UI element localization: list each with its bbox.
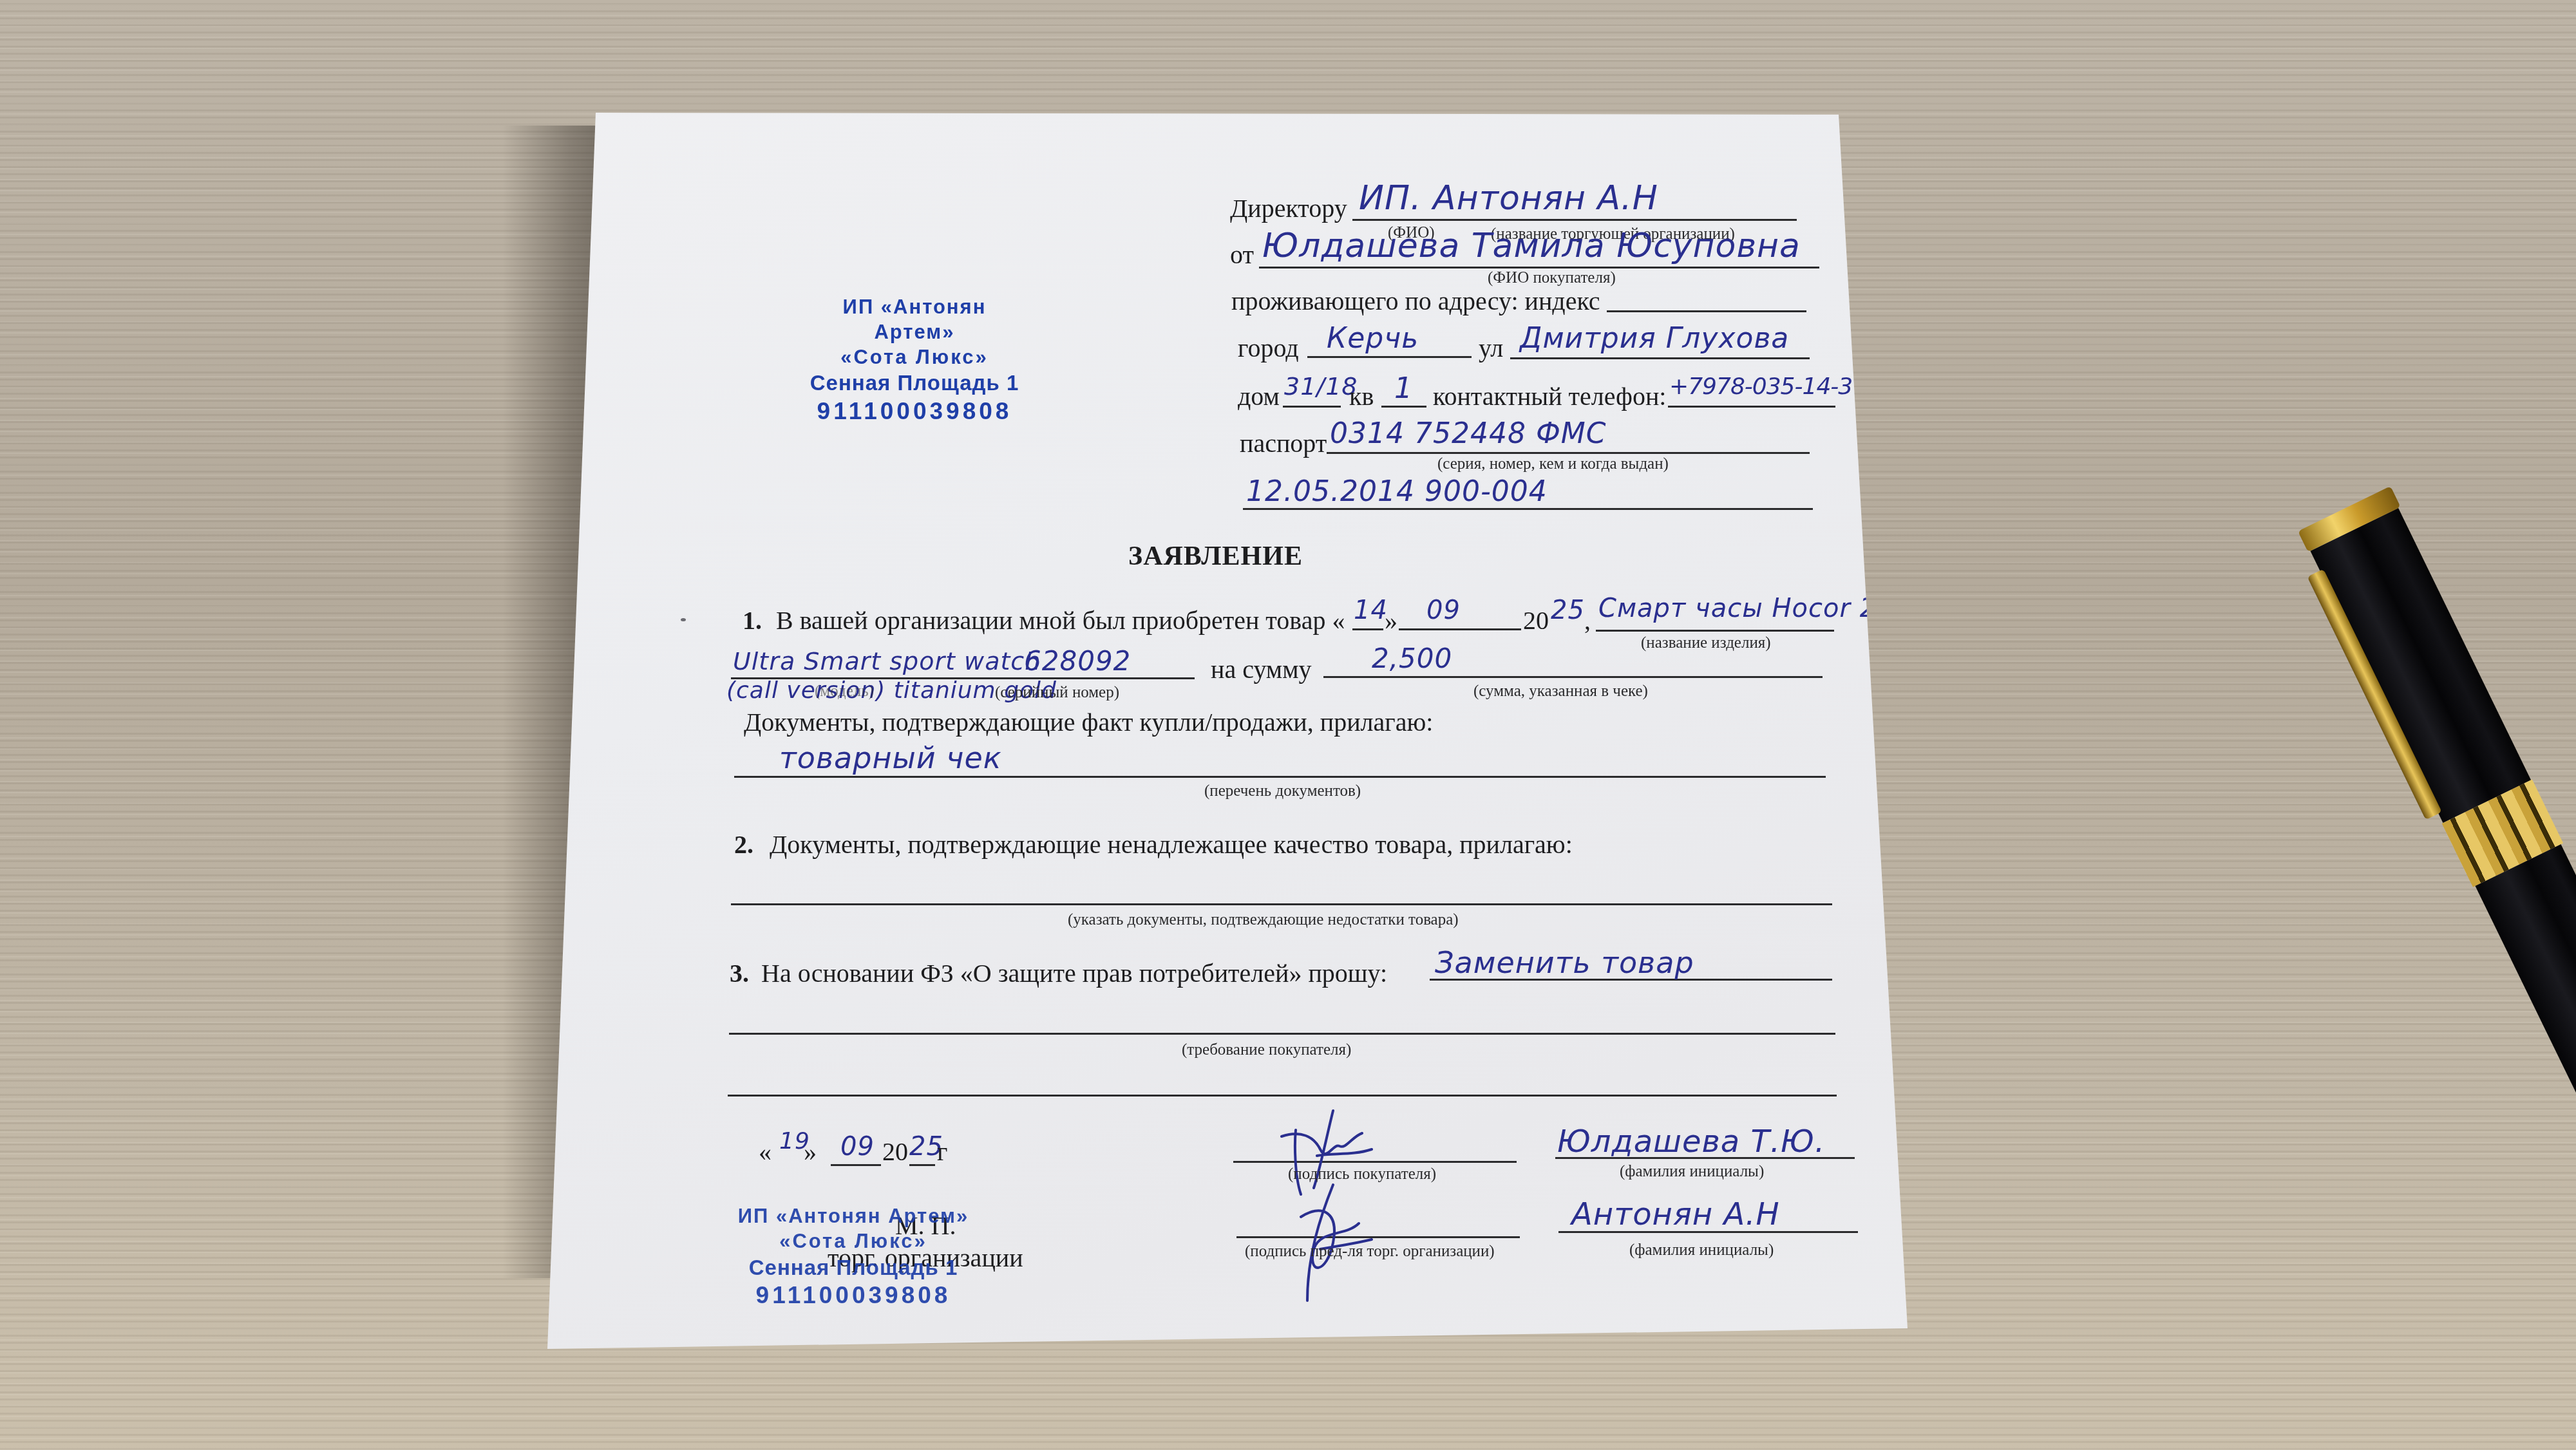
phone-line	[1668, 406, 1835, 408]
item3-line-3	[728, 1095, 1837, 1097]
stamp-line-2: «Сота Люкс»	[808, 345, 1021, 370]
from-caption: (ФИО покупателя)	[1488, 269, 1616, 287]
phone-label: контактный телефон:	[1433, 381, 1666, 411]
street-value: Дмитрия Глухова	[1520, 322, 1789, 355]
date-close: »	[804, 1136, 817, 1167]
date-month-line	[831, 1164, 881, 1166]
item1-mid: »	[1385, 605, 1397, 636]
docs-label: Документы, подтверждающие факт купли/про…	[744, 707, 1433, 737]
date-month: 09	[840, 1132, 875, 1162]
sum-line	[1323, 676, 1823, 678]
item2-number: 2.	[734, 829, 753, 860]
stamp-bottom-line-2: «Сота Люкс»	[731, 1229, 976, 1254]
passport-line-2	[1243, 508, 1813, 510]
item3-value: Заменить товар	[1435, 945, 1694, 980]
passport-value: 0314 752448 ФМС	[1330, 417, 1606, 450]
product-line	[1596, 630, 1834, 632]
item1-text: В вашей организации мной был приобретен …	[776, 605, 1345, 636]
from-label: от	[1230, 240, 1254, 270]
seller-name-value: Антонян А.Н	[1571, 1196, 1780, 1232]
item3-line-2	[729, 1033, 1835, 1035]
apt-value: 1	[1394, 372, 1413, 405]
from-value: Юлдашева Тамила Юсуповна	[1262, 227, 1801, 265]
item2-text: Документы, подтверждающие ненадлежащее к…	[770, 829, 1573, 860]
address-label: проживающего по адресу: индекс	[1231, 286, 1600, 316]
date-year-prefix: 20	[882, 1136, 908, 1167]
apt-label: кв	[1349, 381, 1374, 411]
date-open: «	[759, 1136, 772, 1167]
model-caption: (модель)	[815, 683, 874, 701]
director-value: ИП. Антонян А.Н	[1359, 179, 1658, 218]
pen-barrel	[2476, 844, 2576, 1407]
document-title: ЗАЯВЛЕНИЕ	[1128, 541, 1303, 572]
ink-speck	[681, 618, 686, 621]
item1-day-value: 14	[1354, 596, 1388, 625]
serial-value: 628092	[1024, 645, 1131, 677]
item2-caption: (указать документы, подтвеждающие недост…	[1068, 911, 1459, 929]
address-index-line	[1607, 310, 1806, 312]
director-line	[1352, 219, 1797, 221]
serial-caption: (серийный номер)	[995, 684, 1119, 702]
sum-value: 2,500	[1372, 643, 1452, 674]
sum-label: на сумму	[1211, 654, 1311, 684]
item1-year-value: 25	[1551, 596, 1585, 625]
city-value: Керчь	[1327, 322, 1419, 355]
house-line	[1283, 406, 1341, 408]
stamp-bottom-line-1: ИП «Антонян Артем»	[731, 1204, 976, 1229]
passport-label: паспорт	[1240, 428, 1327, 458]
item3-caption: (требование покупателя)	[1182, 1041, 1351, 1059]
house-label: дом	[1238, 381, 1280, 411]
item2-line	[731, 903, 1832, 905]
docs-caption: (перечень документов)	[1204, 782, 1361, 800]
date-suffix: г	[937, 1136, 947, 1167]
city-label: город	[1238, 333, 1299, 363]
date-year-line	[909, 1164, 935, 1166]
item1-month-value: 09	[1426, 596, 1461, 625]
street-label: ул	[1479, 333, 1503, 363]
docs-value: товарный чек	[779, 740, 1002, 775]
city-line	[1307, 356, 1472, 358]
phone-value: +7978-035-14-37	[1669, 373, 1866, 400]
fountain-pen	[2298, 486, 2576, 1399]
product-caption: (название изделия)	[1641, 634, 1771, 652]
claim-form-paper: Директору ИП. Антонян А.Н (ФИО) (названи…	[0, 0, 2576, 1450]
seller-sign-caption: (подпись пред-ля торг. организации)	[1245, 1243, 1495, 1261]
seller-name-caption: (фамилия инициалы)	[1629, 1241, 1774, 1259]
stamp-line-3: Сенная Площадь 1	[808, 370, 1021, 396]
passport-line2-value: 12.05.2014 900-004	[1246, 475, 1548, 508]
passport-line	[1327, 452, 1810, 454]
company-stamp-bottom: ИП «Антонян Артем» «Сота Люкс» Сенная Пл…	[731, 1204, 976, 1310]
item1-day-line	[1352, 628, 1383, 630]
from-line	[1259, 267, 1819, 268]
sum-caption: (сумма, указанная в чеке)	[1473, 683, 1648, 701]
street-line	[1510, 357, 1810, 359]
company-stamp-top: ИП «Антонян Артем» «Сота Люкс» Сенная Пл…	[808, 295, 1021, 426]
item1-comma: ,	[1584, 605, 1591, 636]
model-value: Ultra Smart sport watch	[733, 647, 1041, 675]
buyer-name-value: Юлдашева Т.Ю.	[1557, 1124, 1825, 1160]
docs-line	[734, 776, 1826, 778]
stamp-bottom-line-4: 911100039808	[731, 1281, 976, 1310]
item3-number: 3.	[730, 958, 749, 988]
apt-line	[1381, 406, 1426, 408]
item3-text: На основании ФЗ «О защите прав потребите…	[761, 958, 1387, 988]
item1-month-line	[1399, 628, 1521, 630]
stamp-line-1: ИП «Антонян Артем»	[808, 295, 1021, 345]
house-value: 31/18	[1284, 372, 1358, 400]
item1-year-prefix: 20	[1523, 605, 1549, 636]
stamp-bottom-line-3: Сенная Площадь 1	[731, 1254, 976, 1281]
product-value: Смарт часы Hocor 23	[1598, 594, 1894, 623]
director-label: Директору	[1230, 193, 1347, 223]
stamp-line-4: 911100039808	[808, 397, 1021, 426]
item1-number: 1.	[743, 605, 762, 636]
buyer-name-caption: (фамилия инициалы)	[1620, 1163, 1764, 1181]
passport-caption: (серия, номер, кем и когда выдан)	[1437, 455, 1669, 473]
